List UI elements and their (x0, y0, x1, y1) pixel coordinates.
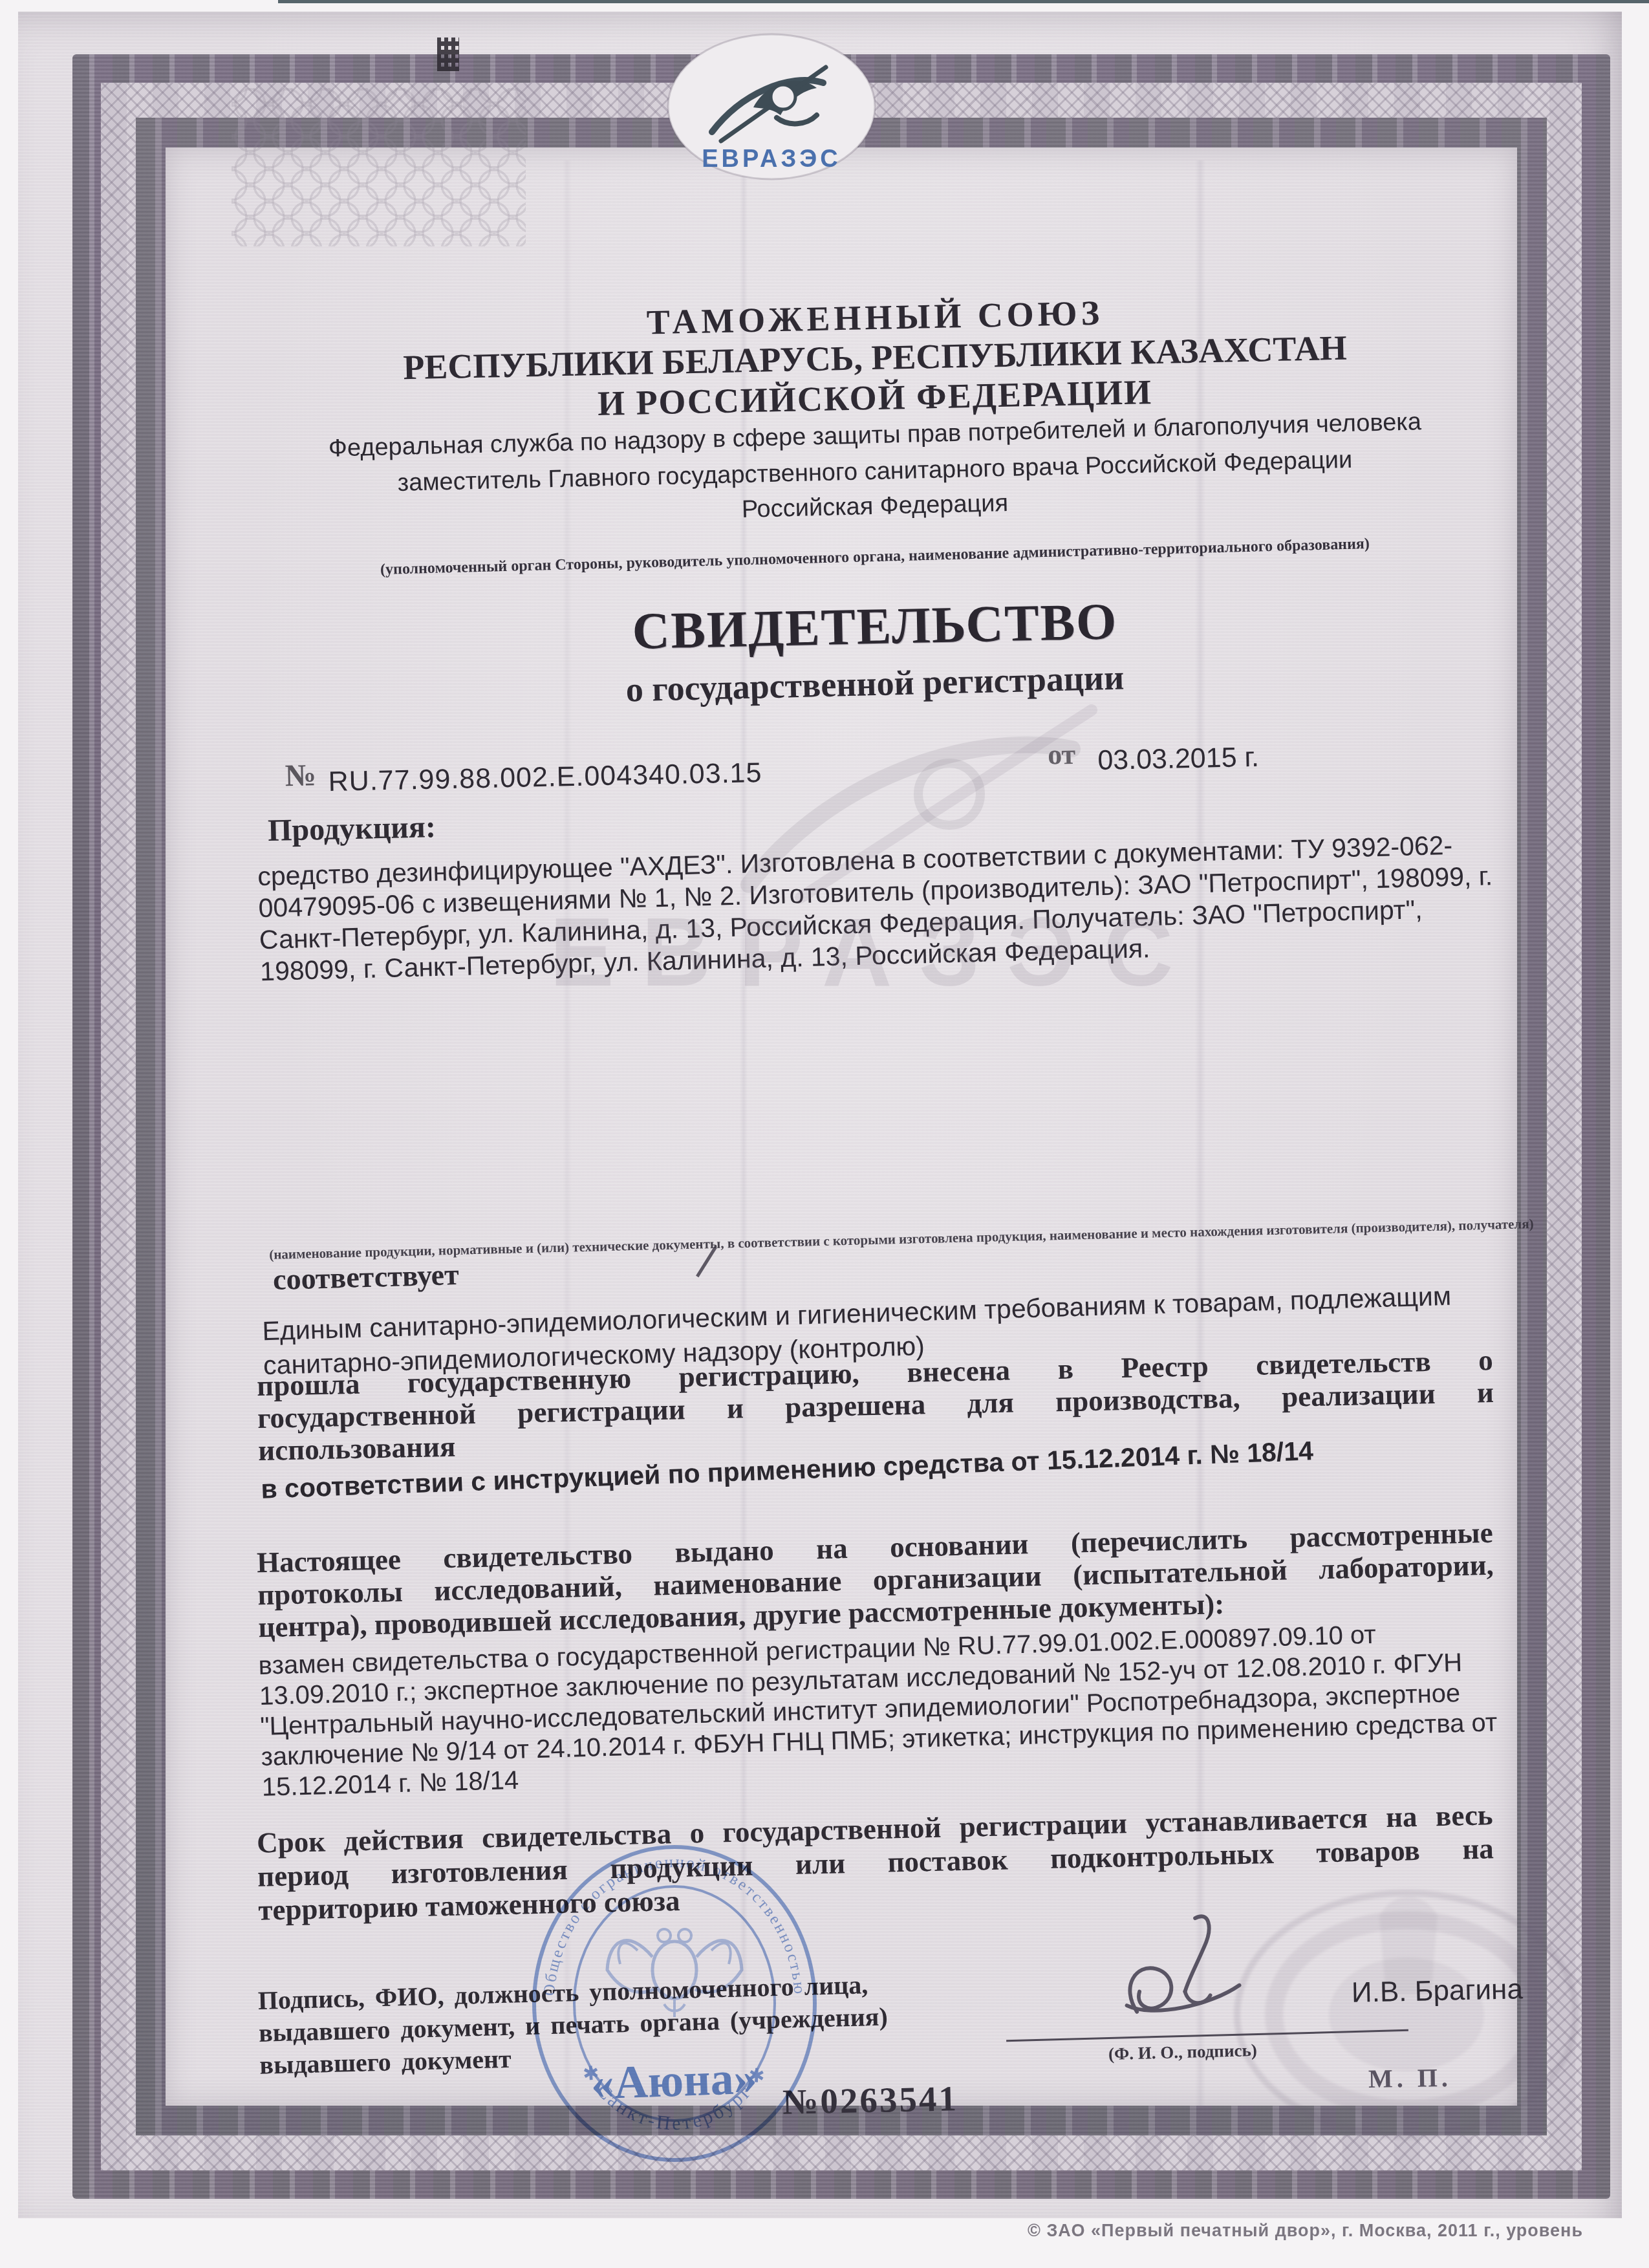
certificate-date: 03.03.2015 г. (1097, 742, 1260, 777)
signature-stroke (1114, 1908, 1253, 2049)
svg-text:Общество с ограниченной ответс: Общество с ограниченной ответственностью (541, 1853, 808, 1996)
signatory-name: И.В. Брагина (1352, 1973, 1524, 2009)
fio-caption: (Ф. И. О., подпись) (1108, 2040, 1257, 2064)
from-label: от (1048, 738, 1076, 772)
stamp-ring-top-text: Общество с ограниченной ответственностью (541, 1853, 808, 1996)
seal-place-label: М. П. (1368, 2062, 1452, 2094)
ayuna-stamp: Общество с ограниченной ответственностью… (531, 1844, 819, 2165)
logo-text: ЕВРАЗЭС (702, 146, 841, 173)
printer-footer: © ЗАО «Первый печатный двор», г. Москва,… (1028, 2221, 1583, 2241)
stamp-eagle-emblem (607, 1929, 742, 2017)
print-registration-mark (437, 38, 459, 71)
scanned-certificate-page: ЕВРАЗЭС ТАМОЖЕННЫЙ СОЮЗ РЕСПУБЛИКИ БЕЛАР… (0, 0, 1649, 2268)
number-row: № RU.77.99.88.002.E.004340.03.15 от 03.0… (18, 0, 1649, 29)
number-sign: № (285, 757, 316, 794)
product-label: Продукция: (267, 809, 436, 848)
certificate-paper: ЕВРАЗЭС ТАМОЖЕННЫЙ СОЮЗ РЕСПУБЛИКИ БЕЛАР… (18, 12, 1622, 2218)
ghost-seal (1218, 1877, 1593, 2155)
scanner-edge-strip (278, 0, 1649, 3)
stamp-center-text: «Аюна» (590, 2052, 758, 2110)
compliance-lead: соответствует (272, 1257, 459, 1297)
eurasec-logo: ЕВРАЗЭС (650, 30, 893, 184)
honeycomb-watermark (232, 88, 526, 246)
